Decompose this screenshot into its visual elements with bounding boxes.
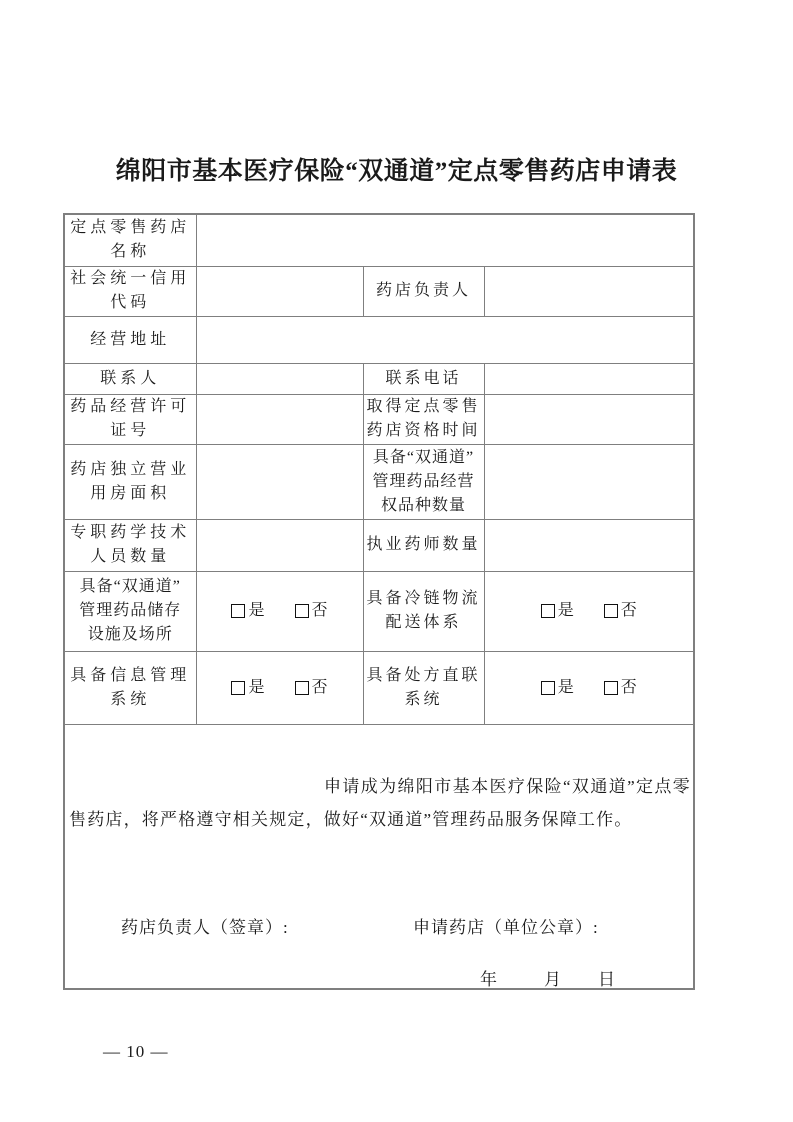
contact-value-cell [196,363,363,394]
document-page: 绵阳市基本医疗保险“双通道”定点零售药店申请表 定点零售药店 名称 社会统一信用… [0,0,793,1122]
prescription-link-no-checkbox: 否 [604,676,637,700]
prescription-link-checkbox-cell: 是 否 [484,651,694,724]
contact-label-cell: 联系人 [64,363,196,394]
cold-chain-no-checkbox: 否 [604,599,637,623]
application-table: 定点零售药店 名称 社会统一信用 代码 药店负责人 经营地址 联系人 联系电话 … [63,213,695,990]
qualification-time-label-cell: 取得定点零售 药店资格时间 [363,394,484,444]
address-value-cell [196,316,694,363]
prescription-link-yes-no-group: 是 否 [485,676,694,700]
checkbox-label: 是 [248,676,264,700]
pharmacy-tech-value-cell [196,519,363,571]
checkbox-label: 否 [312,599,328,623]
info-system-label-cell: 具备信息管理 系统 [64,651,196,724]
premises-area-label-cell: 药店独立营业 用房面积 [64,444,196,519]
checkbox-label: 否 [621,599,637,623]
storage-checkbox-cell: 是 否 [196,571,363,651]
credit-code-label-cell: 社会统一信用 代码 [64,266,196,316]
checkbox-icon [541,604,555,618]
cold-chain-checkbox-cell: 是 否 [484,571,694,651]
phone-value-cell [484,363,694,394]
table-row: 药品经营许可 证号 取得定点零售 药店资格时间 [64,394,694,444]
cold-chain-yes-checkbox: 是 [541,599,574,623]
date-day-label: 日 [598,968,615,990]
manager-value-cell [484,266,694,316]
premises-area-value-cell [196,444,363,519]
info-system-yes-no-group: 是 否 [197,676,363,700]
cold-chain-label-cell: 具备冷链物流 配送体系 [363,571,484,651]
storage-yes-checkbox: 是 [231,599,264,623]
checkbox-icon [231,604,245,618]
info-system-no-checkbox: 否 [295,676,328,700]
checkbox-label: 是 [248,599,264,623]
date-line: 年 月 日 [480,968,615,990]
table-row: 申请成为绵阳市基本医疗保险“双通道”定点零售药店，将严格遵守相关规定，做好“双通… [64,724,694,989]
table-row: 具备“双通道” 管理药品储存 设施及场所 是 否 具备冷链物流 配送体系 是 否 [64,571,694,651]
pharmacy-tech-label-cell: 专职药学技术 人员数量 [64,519,196,571]
checkbox-icon [604,604,618,618]
checkbox-icon [295,604,309,618]
date-month-label: 月 [544,968,561,990]
pharmacist-count-value-cell [484,519,694,571]
storage-no-checkbox: 否 [295,599,328,623]
prescription-link-yes-checkbox: 是 [541,676,574,700]
checkbox-label: 否 [312,676,328,700]
qualification-time-value-cell [484,394,694,444]
storage-yes-no-group: 是 否 [197,599,363,623]
checkbox-icon [541,681,555,695]
table-row: 联系人 联系电话 [64,363,694,394]
license-no-label-cell: 药品经营许可 证号 [64,394,196,444]
date-year-label: 年 [480,968,497,990]
checkbox-label: 是 [558,599,574,623]
manager-label-cell: 药店负责人 [363,266,484,316]
table-row: 药店独立营业 用房面积 具备“双通道” 管理药品经营 权品种数量 [64,444,694,519]
table-row: 专职药学技术 人员数量 执业药师数量 [64,519,694,571]
info-system-checkbox-cell: 是 否 [196,651,363,724]
applicant-seal-label: 申请药店（单位公章）: [413,916,599,940]
checkbox-label: 否 [621,676,637,700]
declaration-text: 申请成为绵阳市基本医疗保险“双通道”定点零售药店，将严格遵守相关规定，做好“双通… [69,770,691,836]
pharmacy-name-value-cell [196,214,694,266]
license-no-value-cell [196,394,363,444]
checkbox-label: 是 [558,676,574,700]
prescription-link-label-cell: 具备处方直联 系统 [363,651,484,724]
credit-code-value-cell [196,266,363,316]
table-row: 社会统一信用 代码 药店负责人 [64,266,694,316]
page-title: 绵阳市基本医疗保险“双通道”定点零售药店申请表 [0,151,793,187]
declaration-cell: 申请成为绵阳市基本医疗保险“双通道”定点零售药店，将严格遵守相关规定，做好“双通… [64,724,694,989]
pharmacist-count-label-cell: 执业药师数量 [363,519,484,571]
drug-variety-value-cell [484,444,694,519]
page-number: — 10 — [103,1042,169,1062]
info-system-yes-checkbox: 是 [231,676,264,700]
table-row: 定点零售药店 名称 [64,214,694,266]
phone-label-cell: 联系电话 [363,363,484,394]
checkbox-icon [231,681,245,695]
signer-signature-label: 药店负责人（签章）: [121,916,289,940]
table-row: 经营地址 [64,316,694,363]
drug-variety-label-cell: 具备“双通道” 管理药品经营 权品种数量 [363,444,484,519]
storage-label-cell: 具备“双通道” 管理药品储存 设施及场所 [64,571,196,651]
cold-chain-yes-no-group: 是 否 [485,599,694,623]
checkbox-icon [295,681,309,695]
table-row: 具备信息管理 系统 是 否 具备处方直联 系统 是 否 [64,651,694,724]
checkbox-icon [604,681,618,695]
pharmacy-name-label-cell: 定点零售药店 名称 [64,214,196,266]
address-label-cell: 经营地址 [64,316,196,363]
